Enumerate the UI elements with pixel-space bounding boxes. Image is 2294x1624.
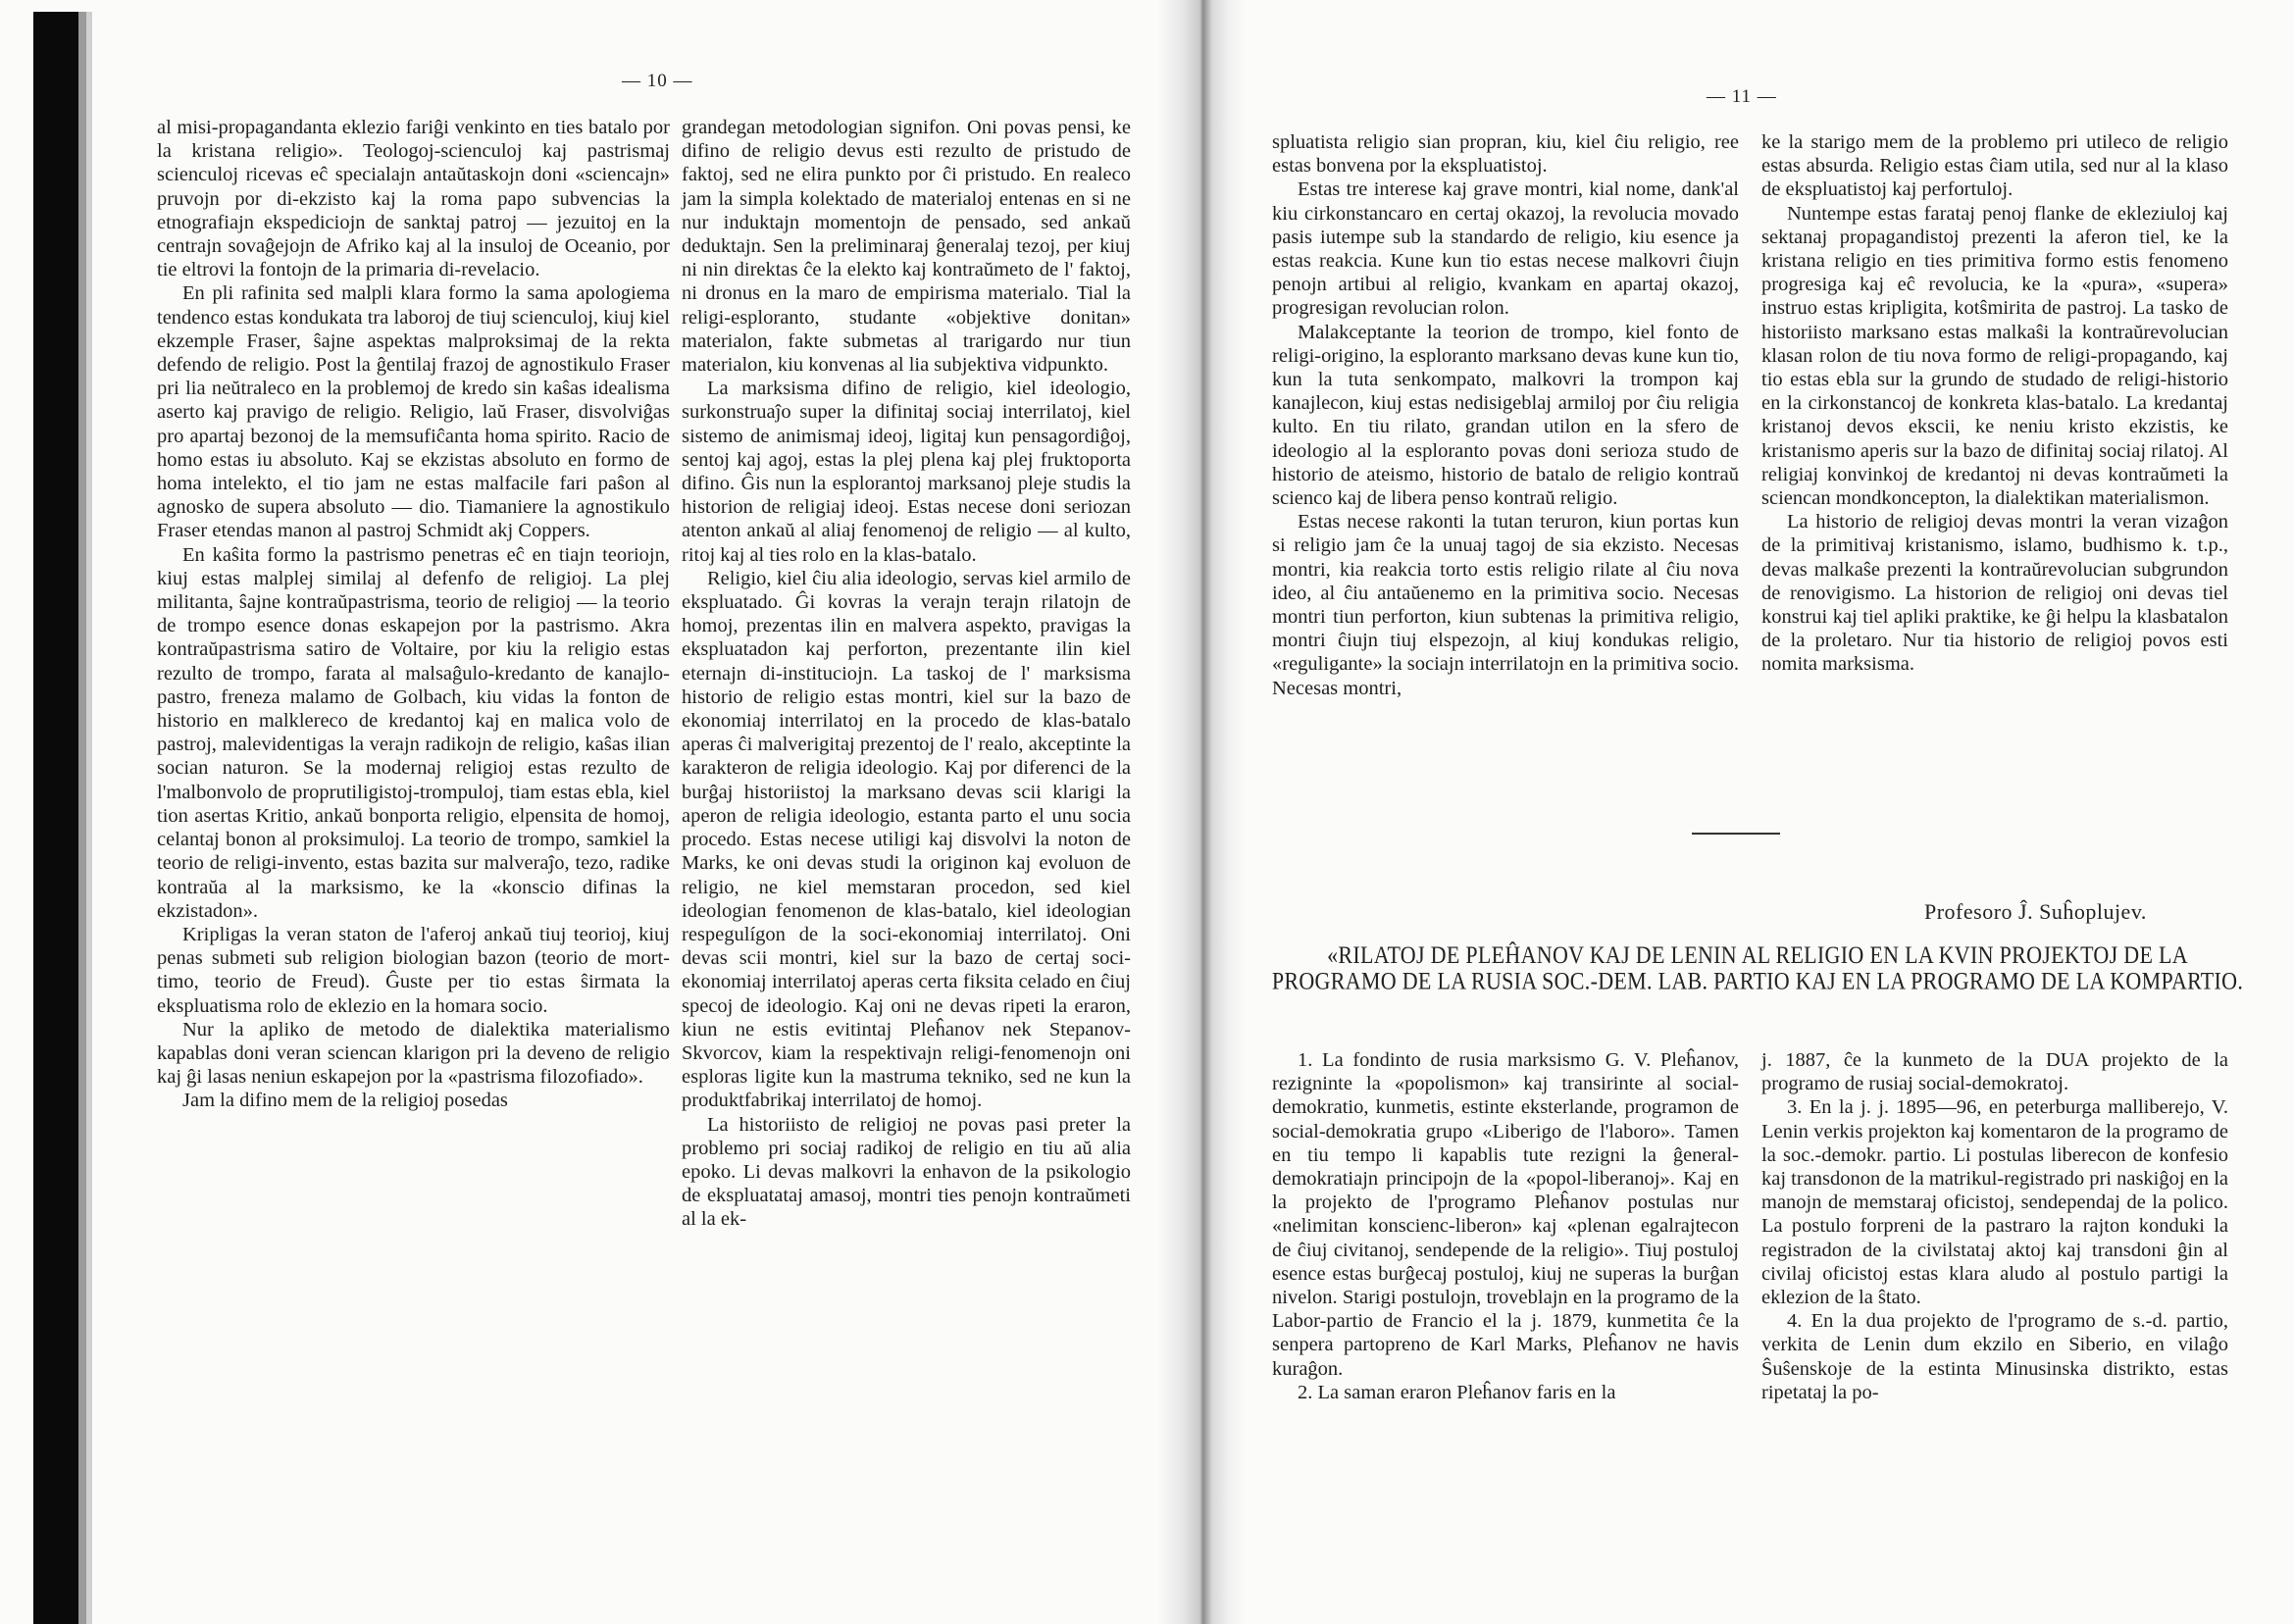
paragraph: 3. En la j. j. 1895—96, en peterburga ma… xyxy=(1761,1095,2228,1309)
author-signature: Profesoro Ĵ. Suĥoplujev. xyxy=(1924,899,2147,925)
book-gutter xyxy=(1157,0,1246,1624)
paragraph: La marksisma difino de religio, kiel ide… xyxy=(682,377,1131,567)
page11-column-1: spluatista religio sian propran, kiu, ki… xyxy=(1272,130,1739,700)
paragraph: Kripligas la veran staton de l'aferoj an… xyxy=(157,923,670,1018)
paragraph: 2. La saman eraron Pleĥanov faris en la xyxy=(1272,1381,1739,1404)
paragraph: 1. La fondinto de rusia marksismo G. V. … xyxy=(1272,1048,1739,1381)
paragraph: j. 1887, ĉe la kunmeto de la DUA projekt… xyxy=(1761,1048,2228,1095)
paragraph: Nur la apliko de metodo de dialektika ma… xyxy=(157,1018,670,1090)
page-number-11: — 11 — xyxy=(1707,86,1777,108)
paragraph: grandegan metodologian signifon. Oni pov… xyxy=(682,116,1131,377)
paragraph: Estas tre interese kaj grave montri, kia… xyxy=(1272,178,1739,320)
paragraph: Jam la difino mem de la religioj posedas xyxy=(157,1089,670,1112)
paragraph: spluatista religio sian propran, kiu, ki… xyxy=(1272,130,1739,178)
page10-column-2: grandegan metodologian signifon. Oni pov… xyxy=(682,116,1131,1232)
paragraph: ke la starigo mem de la problemo pri uti… xyxy=(1761,130,2228,202)
page11-column-4: j. 1887, ĉe la kunmeto de la DUA projekt… xyxy=(1761,1048,2228,1404)
article-title: «RILATOJ DE PLEĤANOV KAJ DE LENIN AL REL… xyxy=(1267,941,2248,993)
paragraph: Malakceptante la teorion de trompo, kiel… xyxy=(1272,321,1739,511)
paragraph: 4. En la dua projekto de l'programo de s… xyxy=(1761,1309,2228,1404)
paragraph: La historiisto de religioj ne povas pasi… xyxy=(682,1113,1131,1232)
page-number-10: — 10 — xyxy=(622,71,693,92)
page11-column-3: 1. La fondinto de rusia marksismo G. V. … xyxy=(1272,1048,1739,1404)
paragraph: Estas necese rakonti la tutan teruron, k… xyxy=(1272,510,1739,700)
section-divider xyxy=(1692,833,1780,835)
paragraph: En kaŝita formo la pastrismo penetras eĉ… xyxy=(157,543,670,923)
page11-column-2: ke la starigo mem de la problemo pri uti… xyxy=(1761,130,2228,677)
paragraph: Religio, kiel ĉiu alia ideologio, servas… xyxy=(682,567,1131,1113)
paragraph: La historio de religioj devas montri la … xyxy=(1761,510,2228,676)
page10-column-1: al misi-propagandanta eklezio fariĝi ven… xyxy=(157,116,670,1113)
paragraph: Nuntempe estas farataj penoj flanke de e… xyxy=(1761,202,2228,511)
paragraph: al misi-propagandanta eklezio fariĝi ven… xyxy=(157,116,670,281)
paragraph: En pli rafinita sed malpli klara formo l… xyxy=(157,281,670,542)
scan-binding-edge xyxy=(33,12,78,1624)
